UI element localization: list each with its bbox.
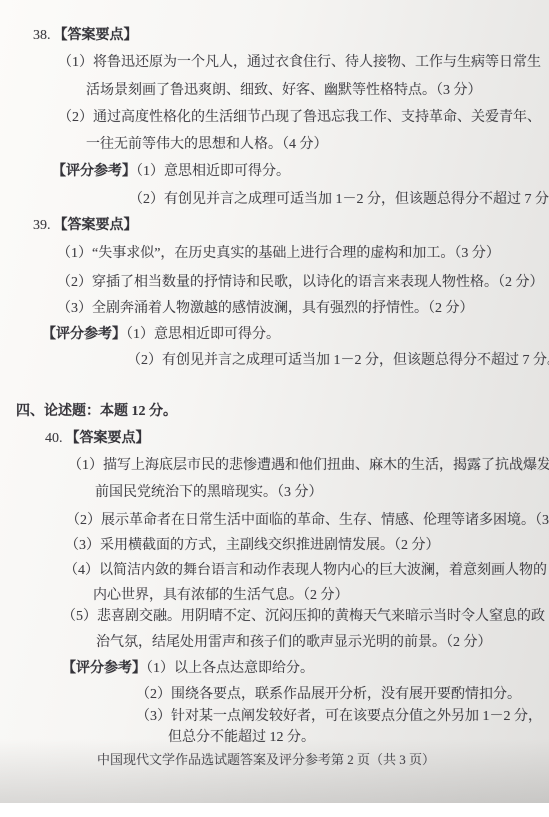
question-number: 40.	[45, 431, 63, 446]
scoring-line: 但总分不能超过 12 分。	[168, 729, 315, 747]
answer-points-label: 【答案要点】	[54, 218, 138, 233]
scoring-line: 【评分参考】（1）意思相近即可得分。	[42, 326, 280, 344]
scoring-text: （1）意思相近即可得分。	[126, 327, 280, 342]
answer-points-label: 【答案要点】	[54, 28, 138, 43]
answer-line: 前国民党统治下的黑暗现实。（3 分）	[95, 484, 323, 502]
section-4-heading: 四、论述题：本题 12 分。	[16, 403, 177, 421]
scoring-text: （1）以上各点达意即给分。	[146, 661, 314, 676]
answer-line: 内心世界，具有浓郁的生活气息。（2 分）	[93, 587, 349, 605]
answer-line: （1）描写上海底层市民的悲惨遭遇和他们扭曲、麻木的生活，揭露了抗战爆发	[68, 457, 549, 475]
footer-page-label: 中国现代文学作品选试题答案及评分参考第 2 页（共 3 页）	[97, 751, 435, 769]
scoring-reference-label: 【评分参考】	[62, 661, 146, 676]
answer-line: （3）全剧奔涌着人物激越的感情波澜，具有强烈的抒情性。（2 分）	[57, 300, 474, 318]
scoring-line: （2）有创见并言之成理可适当加 1－2 分，但该题总得分不超过 7 分。	[129, 191, 549, 209]
answer-line: （1）将鲁迅还原为一个凡人，通过衣食住行、待人接物、工作与生病等日常生	[58, 54, 541, 72]
answer-line: （3）采用横截面的方式，主副线交织推进剧情发展。（2 分）	[65, 537, 440, 555]
answer-line: （5）悲喜剧交融。用阴晴不定、沉闷压抑的黄梅天气来暗示当时令人窒息的政	[62, 608, 545, 626]
answer-line: （2）展示革命者在日常生活中面临的革命、生存、情感、伦理等诸多困境。（3 分）	[66, 512, 549, 530]
scoring-line: 【评分参考】（1）意思相近即可得分。	[52, 163, 290, 181]
answer-line: （1）“失事求似”，在历史真实的基础上进行合理的虚构和加工。（3 分）	[57, 245, 500, 263]
scoring-line: （3）针对某一点阐发较好者，可在该要点分值之外另加 1－2 分，	[136, 708, 542, 726]
scoring-line: （2）围绕各要点，联系作品展开分析，没有展开要酌情扣分。	[136, 686, 521, 704]
scanned-answer-sheet: 38.【答案要点】 （1）将鲁迅还原为一个凡人，通过衣食住行、待人接物、工作与生…	[0, 0, 549, 817]
question-39-heading: 39.【答案要点】	[33, 217, 138, 235]
scoring-reference-label: 【评分参考】	[42, 327, 126, 342]
answer-line: （2）通过高度性格化的生活细节凸现了鲁迅忘我工作、支持革命、关爱青年、	[58, 109, 541, 127]
question-number: 39.	[33, 218, 51, 233]
scoring-text: （1）意思相近即可得分。	[136, 164, 290, 179]
answer-line: 治气氛，结尾处用雷声和孩子们的歌声显示光明的前景。（2 分）	[96, 634, 492, 652]
scoring-line: （2）有创见并言之成理可适当加 1－2 分，但该题总得分不超过 7 分。	[127, 352, 549, 370]
answer-line: （4）以简洁内敛的舞台语言和动作表现人物内心的巨大波澜，着意刻画人物的	[64, 562, 547, 580]
answer-line: （2）穿插了相当数量的抒情诗和民歌，以诗化的语言来表现人物性格。（2 分）	[57, 274, 544, 292]
scoring-line: 【评分参考】（1）以上各点达意即给分。	[62, 660, 314, 678]
question-40-heading: 40.【答案要点】	[45, 430, 150, 448]
answer-points-label: 【答案要点】	[66, 431, 150, 446]
scoring-reference-label: 【评分参考】	[52, 164, 136, 179]
answer-line: 活场景刻画了鲁迅爽朗、细致、好客、幽默等性格特点。（3 分）	[86, 82, 482, 100]
question-38-heading: 38.【答案要点】	[33, 27, 138, 45]
question-number: 38.	[33, 28, 51, 43]
answer-line: 一往无前等伟大的思想和人格。（4 分）	[86, 136, 328, 154]
